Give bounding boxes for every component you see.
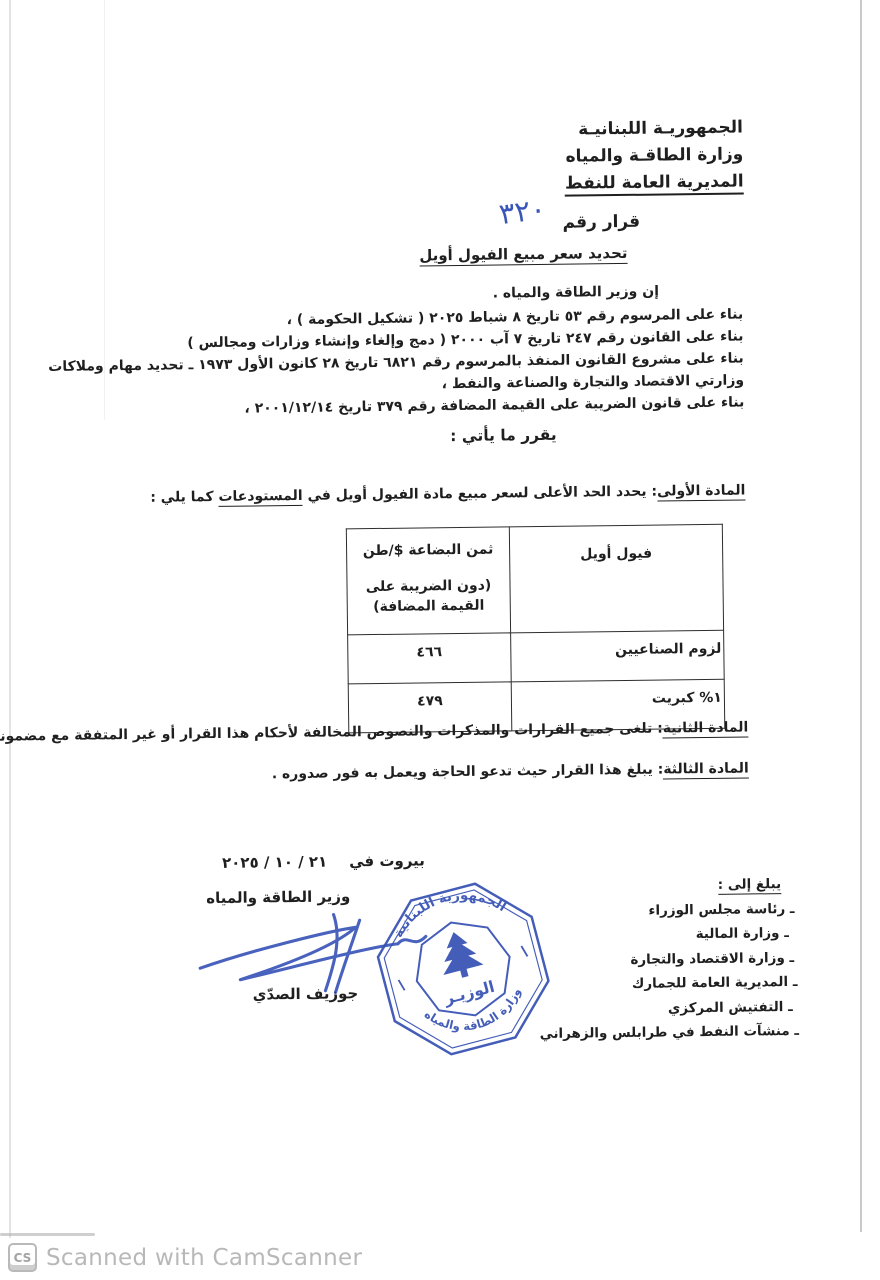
place-date: بيروت في ٢١ / ١٠ / ٢٠٢٥ [222, 851, 425, 871]
table-cell-price: ٤٦٦ [348, 633, 512, 684]
table-row: لزوم الصناعيين ٤٦٦ [348, 630, 725, 684]
decree-document: الجمهوريـة اللبنانيـة وزارة الطاقـة والم… [0, 0, 880, 1280]
fuel-price-table: فيول أويل ثمن البضاعة $/طن (دون الضريبة … [346, 524, 725, 734]
article-1: المادة الأولى: يحدد الحد الأعلى لسعر مبي… [150, 482, 745, 505]
table-cell-item: لزوم الصناعيين [511, 630, 725, 682]
article-3-label: المادة الثالثة [663, 760, 749, 779]
article-2-label: المادة الثانية [663, 719, 749, 738]
distribution-item: ـ المديرية العامة للجمارك [539, 970, 798, 998]
letterhead-directorate: المديرية العامة للنفط [565, 171, 744, 196]
letterhead-ministry: وزارة الطاقـة والمياه [564, 141, 743, 170]
decree-phrase: يقرر ما يأتي : [450, 426, 557, 445]
table-header-row: فيول أويل ثمن البضاعة $/طن (دون الضريبة … [346, 524, 723, 635]
decision-number-handwritten: ٣٢٠ [497, 191, 548, 231]
article-3: المادة الثالثة: يبلغ هذا القرار حيث تدعو… [272, 760, 749, 782]
letterhead-republic: الجمهوريـة اللبنانيـة [564, 114, 743, 143]
article-1-highlight: المستودعات [218, 488, 302, 507]
distribution-item: ـ رئاسة مجلس الوزراء [538, 896, 795, 924]
camscanner-watermark-text: Scanned with CamScanner [46, 1245, 362, 1271]
scanned-document-page: { "header": { "line1": "الجمهوريـة اللبن… [0, 0, 880, 1280]
decision-subject: تحديد سعر مبيع الفيول أويل [419, 244, 627, 267]
article-3-text: : يبلغ هذا القرار حيث تدعو الحاجة ويعمل … [272, 762, 664, 783]
cedar-tree-icon [434, 927, 486, 982]
table-header-price: ثمن البضاعة $/طن (دون الضريبة على القيمة… [346, 527, 510, 635]
minister-name: جوزيف الصدّي [246, 984, 364, 1003]
stamp-center-text: الوزيـر [441, 977, 496, 1009]
distribution-item: ـ منشآت النفط في طرابلس والزهراني [540, 1019, 800, 1047]
article-2-text: : تلغى جميع القرارات والمذكرات والنصوص ا… [0, 721, 663, 745]
distribution-item: ـ التفتيش المركزي [539, 994, 793, 1022]
place-label: بيروت في [349, 851, 425, 870]
distribution-item: ـ وزارة الاقتصاد والتجارة [539, 945, 795, 973]
decision-date: ٢١ / ١٠ / ٢٠٢٥ [222, 853, 327, 872]
price-header-line1: ثمن البضاعة $/طن [363, 542, 494, 560]
decision-label: قرار رقم [562, 212, 640, 233]
article-1-text: : يحدد الحد الأعلى لسعر مبيع مادة الفيول… [303, 484, 658, 504]
distribution-item: ـ وزارة المالية [538, 921, 789, 949]
camscanner-logo-letters: CS [14, 1251, 32, 1265]
decision-number-line: قرار رقم ٣٢٠ [500, 200, 641, 236]
article-1-label: المادة الأولى [657, 482, 746, 501]
preamble: إن وزير الطاقة والمياه . بناء على المرسو… [83, 280, 745, 422]
article-2: المادة الثانية: تلغى جميع القرارات والمذ… [0, 719, 748, 744]
article-1-text-after: كما يلي : [150, 489, 218, 506]
price-header-line2: (دون الضريبة على القيمة المضافة) [348, 575, 508, 617]
letterhead: الجمهوريـة اللبنانيـة وزارة الطاقـة والم… [564, 114, 744, 197]
camscanner-logo-icon: CS [8, 1243, 37, 1272]
distribution-list: يبلغ إلى : ـ رئاسة مجلس الوزراء ـ وزارة … [538, 872, 799, 1047]
camscanner-footer: CS Scanned with CamScanner [8, 1243, 362, 1272]
distribution-heading: يبلغ إلى : [718, 876, 782, 895]
table-header-item: فيول أويل [509, 524, 723, 633]
